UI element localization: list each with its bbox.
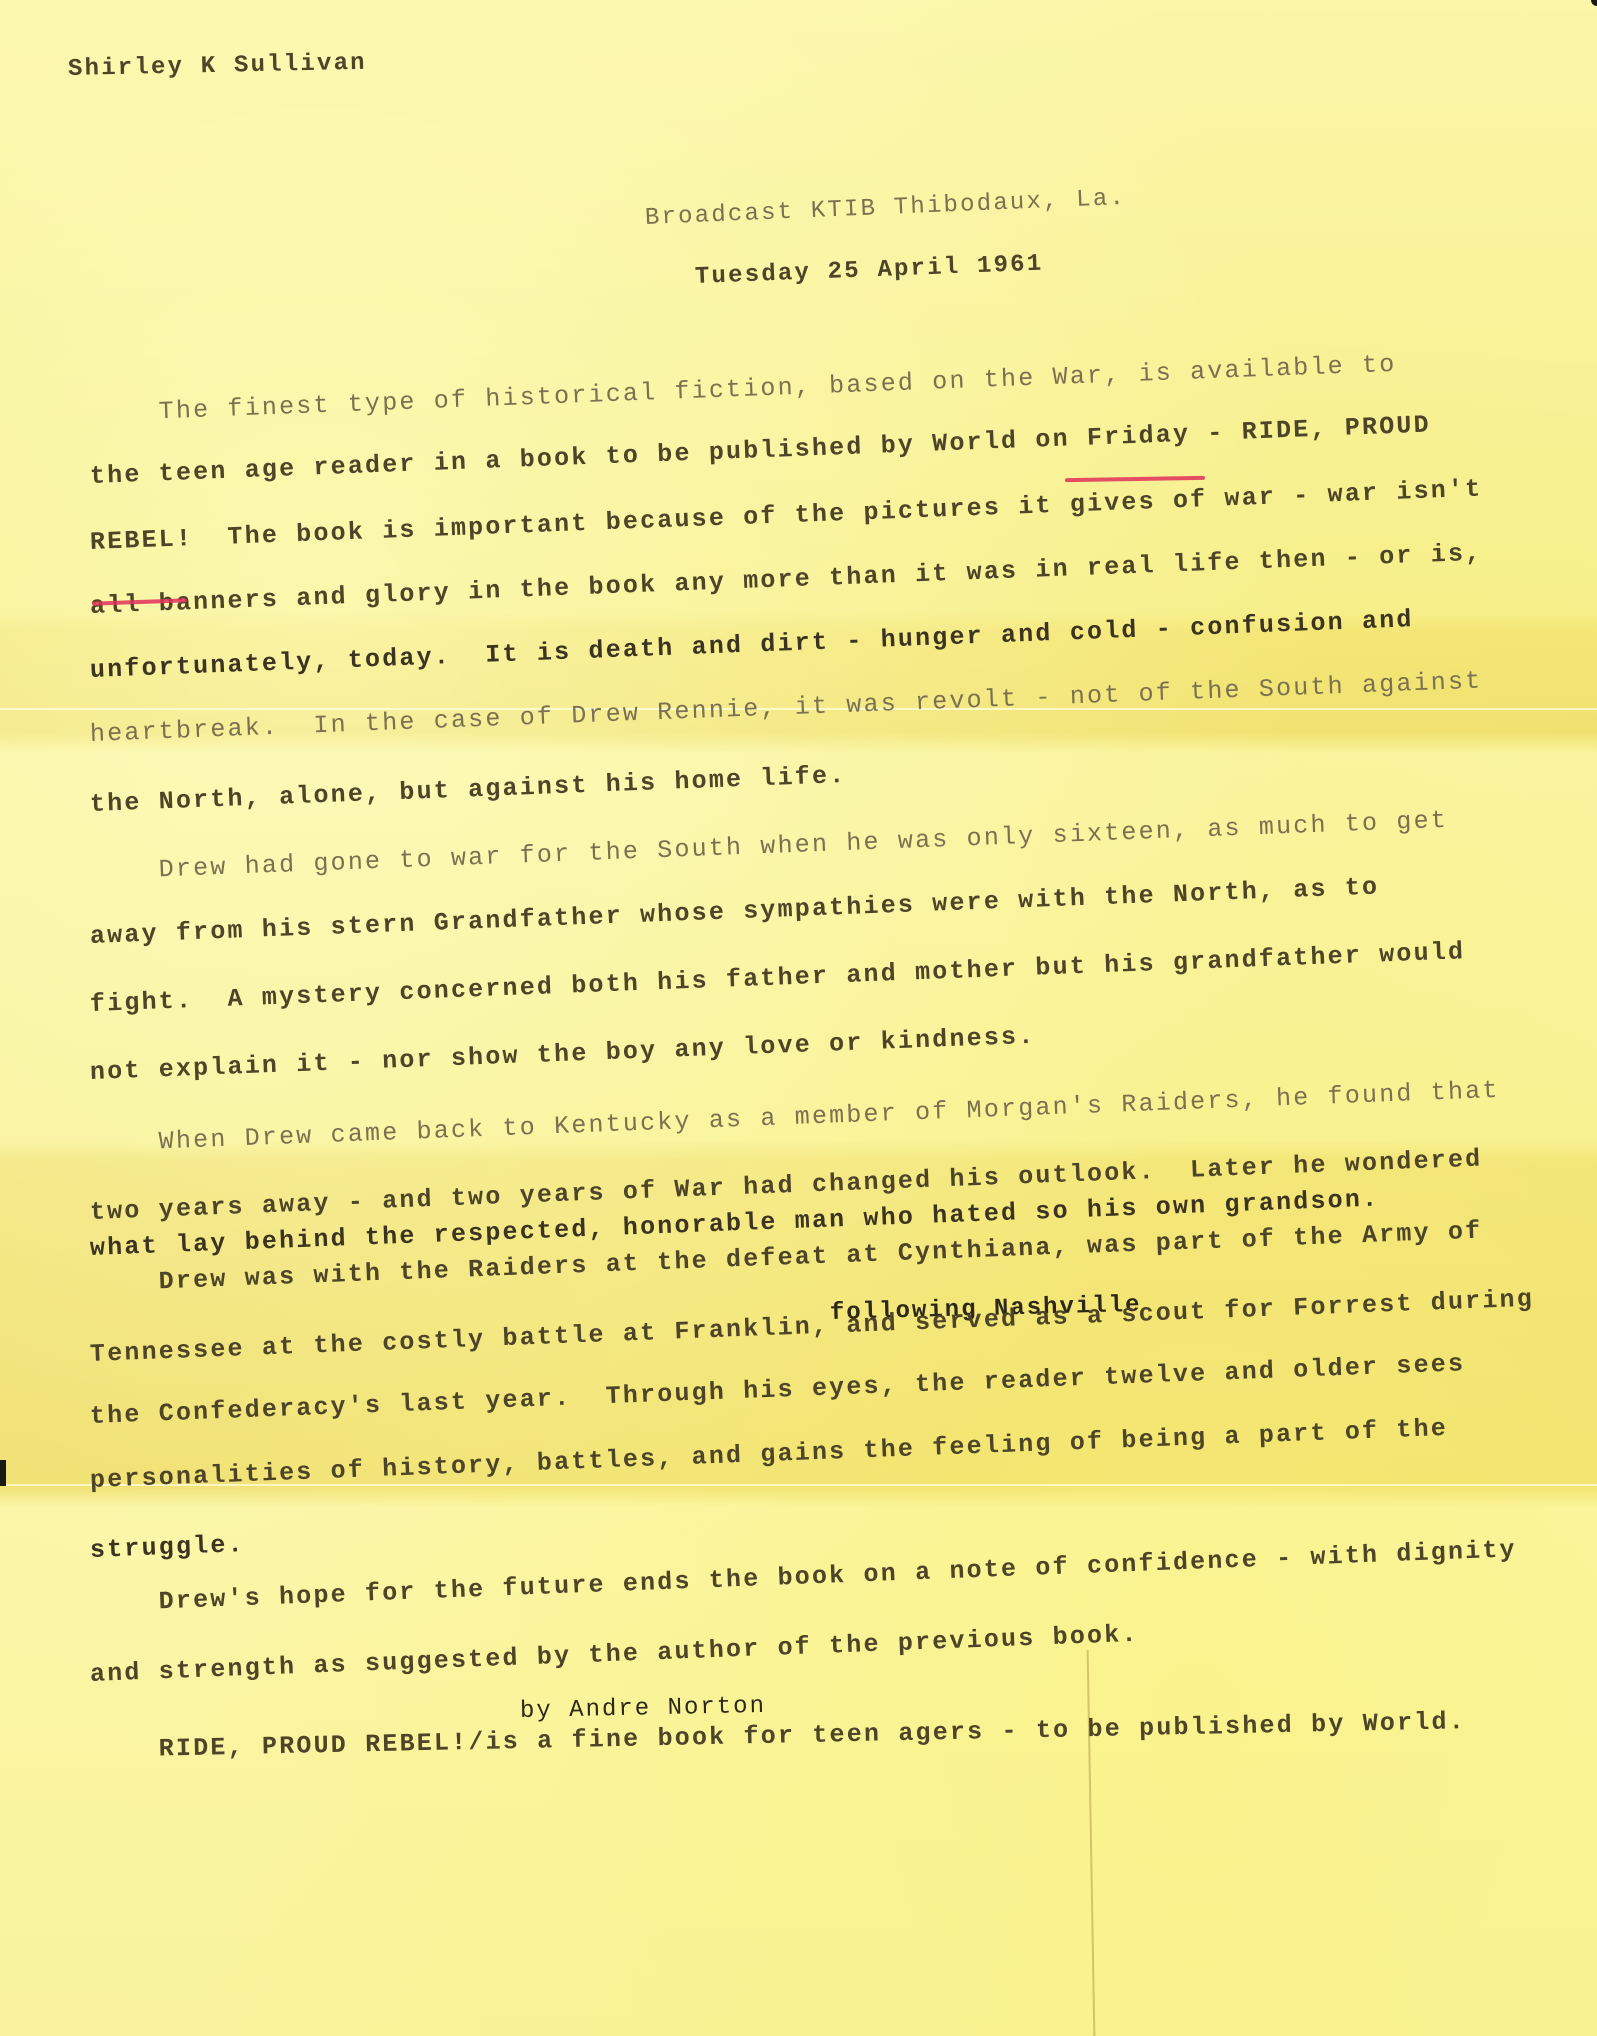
body-line: struggle. [89,1530,245,1565]
page-edge-mark [0,1460,6,1486]
inserted-author-credit: by Andre Norton [520,1693,767,1725]
